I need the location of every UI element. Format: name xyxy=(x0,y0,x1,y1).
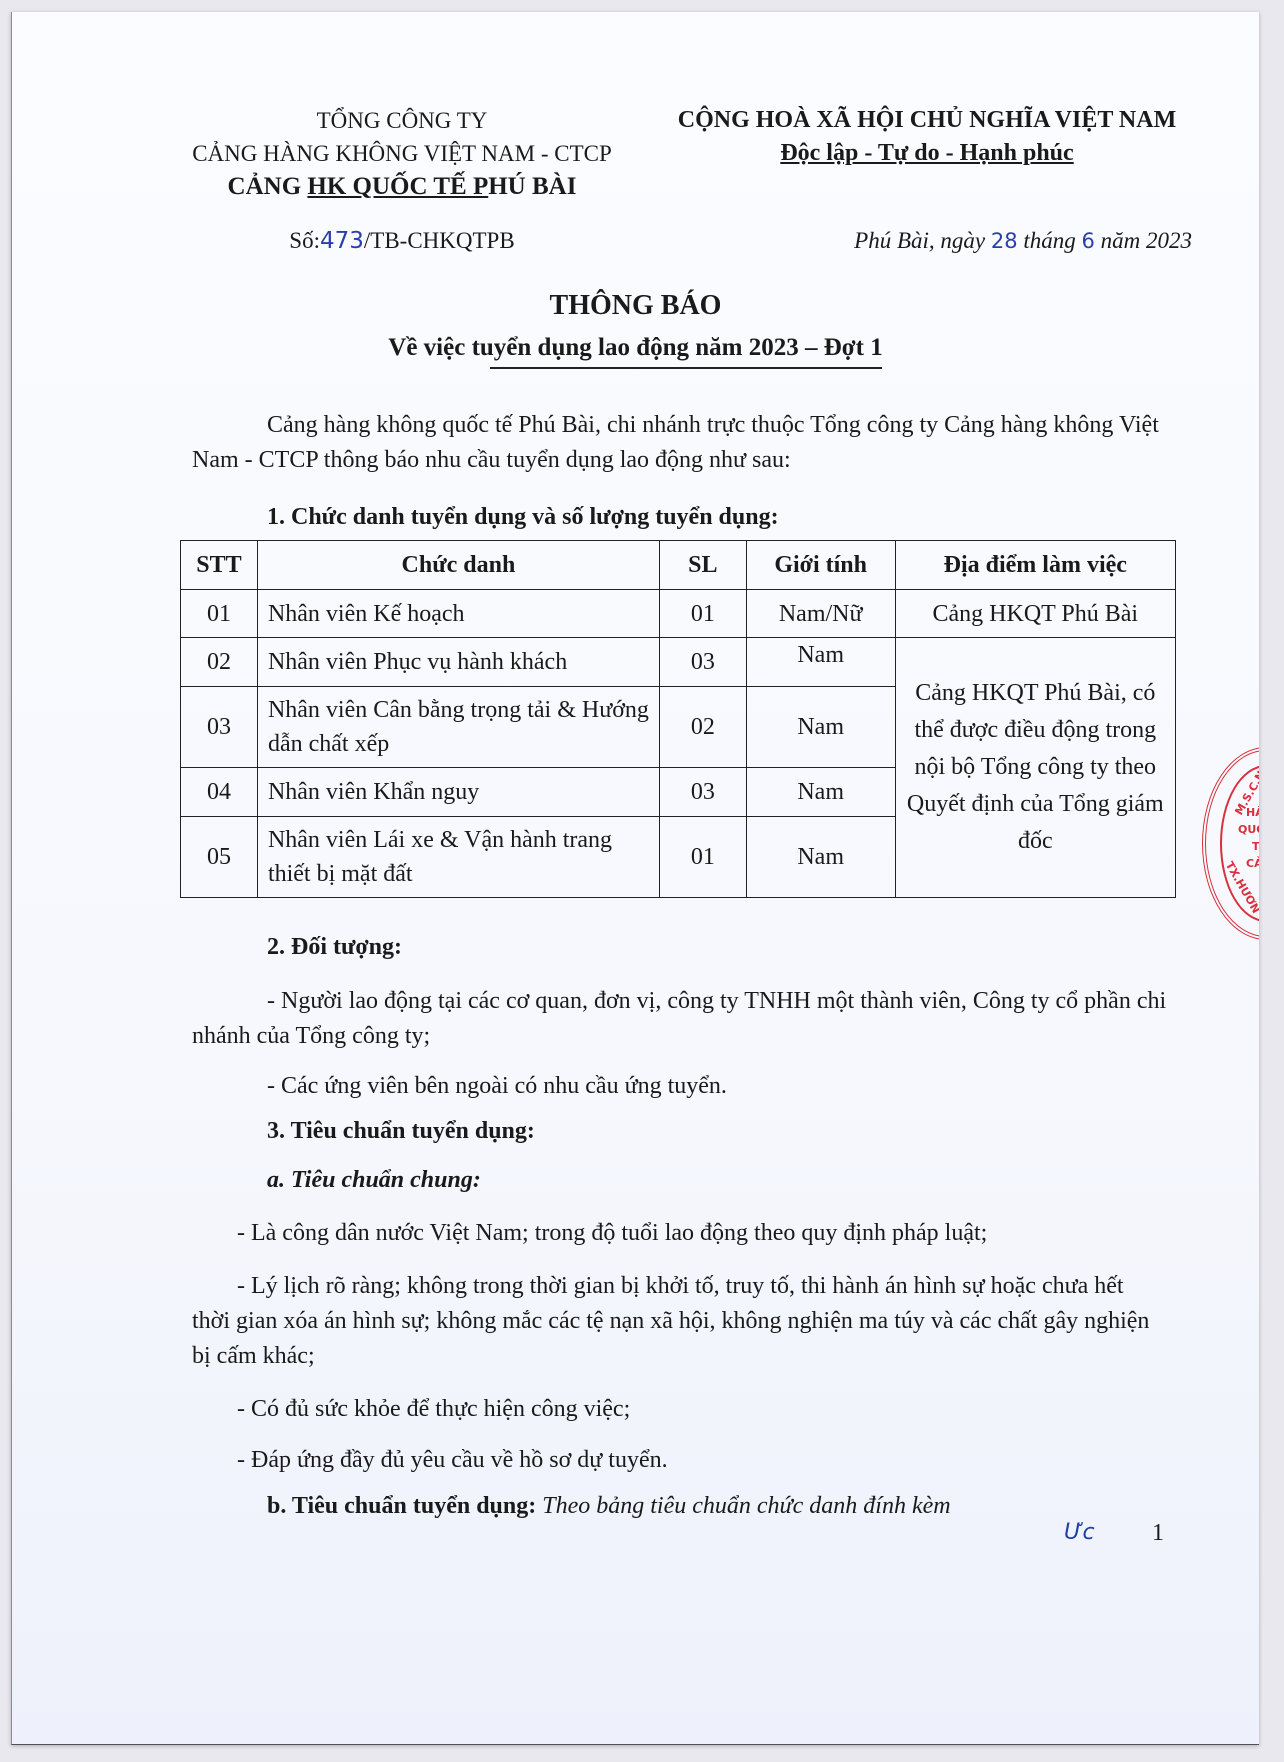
cell-position: Nhân viên Khẩn nguy xyxy=(257,768,659,817)
cell-location-merged: Cảng HKQT Phú Bài, có thể được điều động… xyxy=(895,638,1175,898)
criteria-item: - Đáp ứng đầy đủ yêu cầu về hồ sơ dự tuy… xyxy=(192,1443,1167,1478)
cell-quantity: 02 xyxy=(659,687,746,768)
red-seal-stamp-icon: M.S.C.N: 031 HÀ QUỐ TẾ CẢ TX.HƯƠN xyxy=(1202,747,1259,940)
issuer-block: TỔNG CÔNG TY CẢNG HÀNG KHÔNG VIỆT NAM - … xyxy=(162,104,642,203)
issuer-unit-suffix: HÚ BÀI xyxy=(488,173,576,200)
issue-date: Phú Bài, ngày 28 tháng 6 năm 2023 xyxy=(772,228,1192,254)
date-month: 6 xyxy=(1082,229,1095,253)
issuer-unit-underlined: HK QUỐC TẾ P xyxy=(307,173,488,200)
doc-number-prefix: Số: xyxy=(289,228,320,253)
section-2-heading: 2. Đối tượng: xyxy=(267,934,402,961)
date-year: năm 2023 xyxy=(1095,228,1192,253)
cell-quantity: 01 xyxy=(659,817,746,898)
section-3-heading: 3. Tiêu chuẩn tuyển dụng: xyxy=(267,1118,535,1145)
col-header-location: Địa điểm làm việc xyxy=(895,541,1175,590)
national-title: CỘNG HOÀ XÃ HỘI CHỦ NGHĨA VIỆT NAM xyxy=(652,104,1202,137)
stamp-text: HÀ xyxy=(1246,806,1259,819)
table-row: 02 Nhân viên Phục vụ hành khách 03 Nam C… xyxy=(181,638,1176,687)
col-header-stt: STT xyxy=(181,541,258,590)
date-day: 28 xyxy=(991,229,1018,253)
date-month-label: tháng xyxy=(1018,228,1082,253)
page-number: 1 xyxy=(1152,1520,1164,1547)
criteria-item: - Lý lịch rõ ràng; không trong thời gian… xyxy=(192,1269,1167,1374)
issuer-unit-prefix: CẢNG xyxy=(228,173,308,200)
stamp-text: QUỐ xyxy=(1238,823,1259,836)
national-motto-block: CỘNG HOÀ XÃ HỘI CHỦ NGHĨA VIỆT NAM Độc l… xyxy=(652,104,1202,170)
criteria-item: - Có đủ sức khỏe để thực hiện công việc; xyxy=(192,1392,1167,1427)
issuer-parent-line2: CẢNG HÀNG KHÔNG VIỆT NAM - CTCP xyxy=(162,137,642,170)
intro-paragraph: Cảng hàng không quốc tế Phú Bài, chi nhá… xyxy=(192,408,1167,478)
target-item: - Các ứng viên bên ngoài có nhu cầu ứng … xyxy=(192,1069,1167,1104)
stamp-text: CẢ xyxy=(1246,857,1259,870)
issuer-parent-line1: TỔNG CÔNG TY xyxy=(162,104,642,137)
table-row: 01 Nhân viên Kế hoạch 01 Nam/Nữ Cảng HKQ… xyxy=(181,590,1176,638)
section-3a-heading: a. Tiêu chuẩn chung: xyxy=(267,1167,481,1194)
col-header-gender: Giới tính xyxy=(746,541,895,590)
document-number: Số:473/TB-CHKQTPB xyxy=(162,228,642,254)
date-place: Phú Bài, ngày xyxy=(854,228,991,253)
cell-position: Nhân viên Phục vụ hành khách xyxy=(257,638,659,687)
handwritten-initials: Ưc xyxy=(1064,1520,1095,1545)
cell-stt: 05 xyxy=(181,817,258,898)
section-3b-heading: b. Tiêu chuẩn tuyển dụng: xyxy=(267,1493,542,1519)
cell-gender: Nam xyxy=(746,687,895,768)
cell-stt: 04 xyxy=(181,768,258,817)
cell-gender: Nam/Nữ xyxy=(746,590,895,638)
criteria-item: - Là công dân nước Việt Nam; trong độ tu… xyxy=(192,1216,1167,1251)
document-title: THÔNG BÁO xyxy=(12,290,1259,322)
target-item: - Người lao động tại các cơ quan, đơn vị… xyxy=(192,984,1167,1054)
cell-position: Nhân viên Cân bằng trọng tải & Hướng dẫn… xyxy=(257,687,659,768)
document-subtitle: Về việc tuyển dụng lao động năm 2023 – Đ… xyxy=(12,334,1259,362)
section-3b-text: Theo bảng tiêu chuẩn chức danh đính kèm xyxy=(542,1493,950,1519)
subtitle-underline xyxy=(490,367,882,369)
document-page: TỔNG CÔNG TY CẢNG HÀNG KHÔNG VIỆT NAM - … xyxy=(11,12,1259,1745)
cell-quantity: 03 xyxy=(659,768,746,817)
cell-gender: Nam xyxy=(746,638,895,687)
stamp-text: TẾ xyxy=(1252,840,1259,853)
cell-quantity: 01 xyxy=(659,590,746,638)
cell-gender: Nam xyxy=(746,817,895,898)
col-header-quantity: SL xyxy=(659,541,746,590)
cell-location: Cảng HKQT Phú Bài xyxy=(895,590,1175,638)
national-motto: Độc lập - Tự do - Hạnh phúc xyxy=(652,137,1202,170)
section-3b: b. Tiêu chuẩn tuyển dụng: Theo bảng tiêu… xyxy=(267,1493,951,1520)
cell-position: Nhân viên Kế hoạch xyxy=(257,590,659,638)
doc-number-handwritten: 473 xyxy=(320,228,364,254)
cell-stt: 02 xyxy=(181,638,258,687)
table-header-row: STT Chức danh SL Giới tính Địa điểm làm … xyxy=(181,541,1176,590)
section-1-heading: 1. Chức danh tuyển dụng và số lượng tuyể… xyxy=(267,504,779,531)
cell-stt: 01 xyxy=(181,590,258,638)
cell-gender: Nam xyxy=(746,768,895,817)
cell-quantity: 03 xyxy=(659,638,746,687)
issuer-unit: CẢNG HK QUỐC TẾ PHÚ BÀI xyxy=(162,170,642,203)
doc-number-suffix: /TB-CHKQTPB xyxy=(364,228,515,253)
cell-position: Nhân viên Lái xe & Vận hành trang thiết … xyxy=(257,817,659,898)
cell-stt: 03 xyxy=(181,687,258,768)
recruitment-table: STT Chức danh SL Giới tính Địa điểm làm … xyxy=(180,540,1176,898)
col-header-position: Chức danh xyxy=(257,541,659,590)
